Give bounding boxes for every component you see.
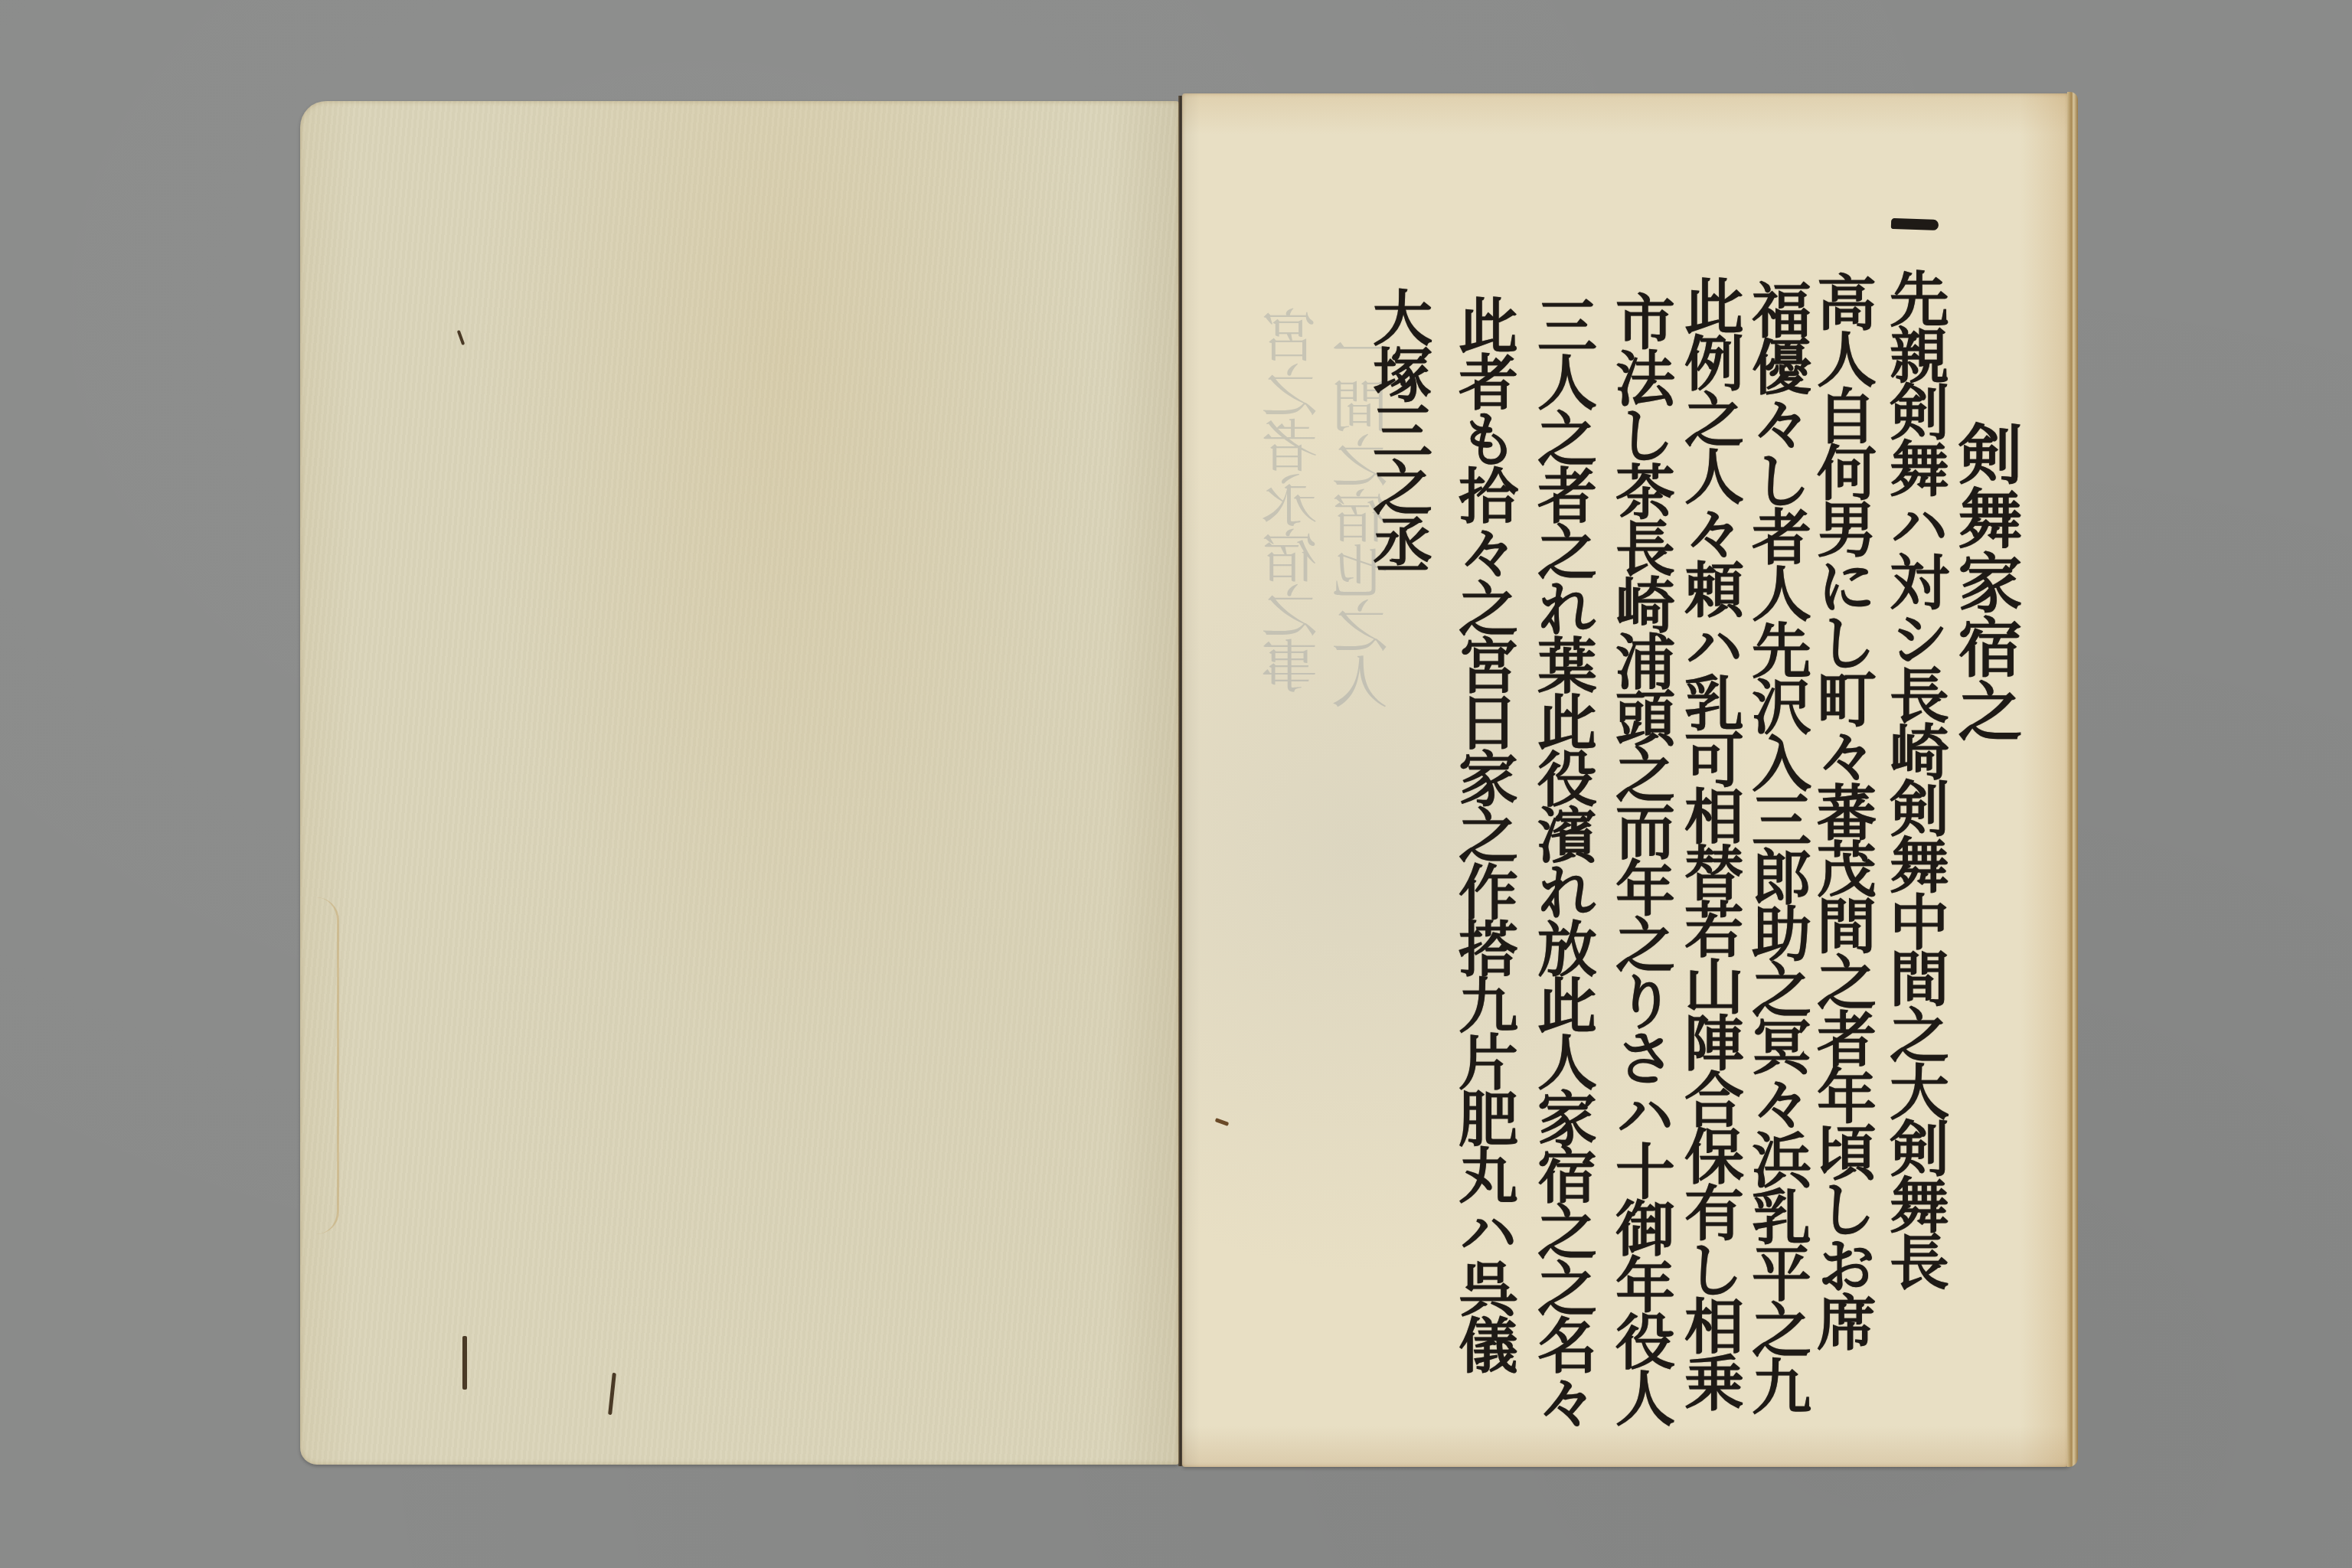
ink-speck [462,1336,467,1390]
text-column-2: 高人自何男にし町々蕃茂間之者年頃しお席 [1811,272,1871,1348]
left-page-blank: blank [300,101,1179,1465]
text-column-5: 市法し茶長崎浦頭之而年之りさハ十御年役人 [1610,291,1670,1424]
text-column-4: 此例之人々頼ハ乳可相替若山陣合保有し相乗 [1679,276,1739,1409]
text-column-6: 三人之者之れ葉此役濱れ放此人家宿之之名々 [1532,295,1592,1428]
text-column-7: 此者も拾々之宮日家之作搭九片肥丸ハ呉儀 [1453,295,1513,1371]
text-column-3: 福優々し者人先沢入三郎助之冥々浜乳平之九 [1746,279,1806,1413]
item-marker-ichi: 一 [1891,218,1939,230]
signature-column: 大塚三之丞 [1367,287,1427,570]
text-column-1: 先親剣舞ハ対シ長崎剣舞中間之大剣舞長 [1884,268,1944,1288]
bleed-through-text: 宮之者永宿之事 [1266,306,1322,692]
open-book: blank 宮之者永宿之事 一間之宿也之人 一 剣舞家宿之 先親剣舞ハ対シ長崎剣… [0,0,2352,1568]
page-stack-edge [2067,92,2078,1467]
manuscript-title: 剣舞家宿之 [1953,421,2017,743]
